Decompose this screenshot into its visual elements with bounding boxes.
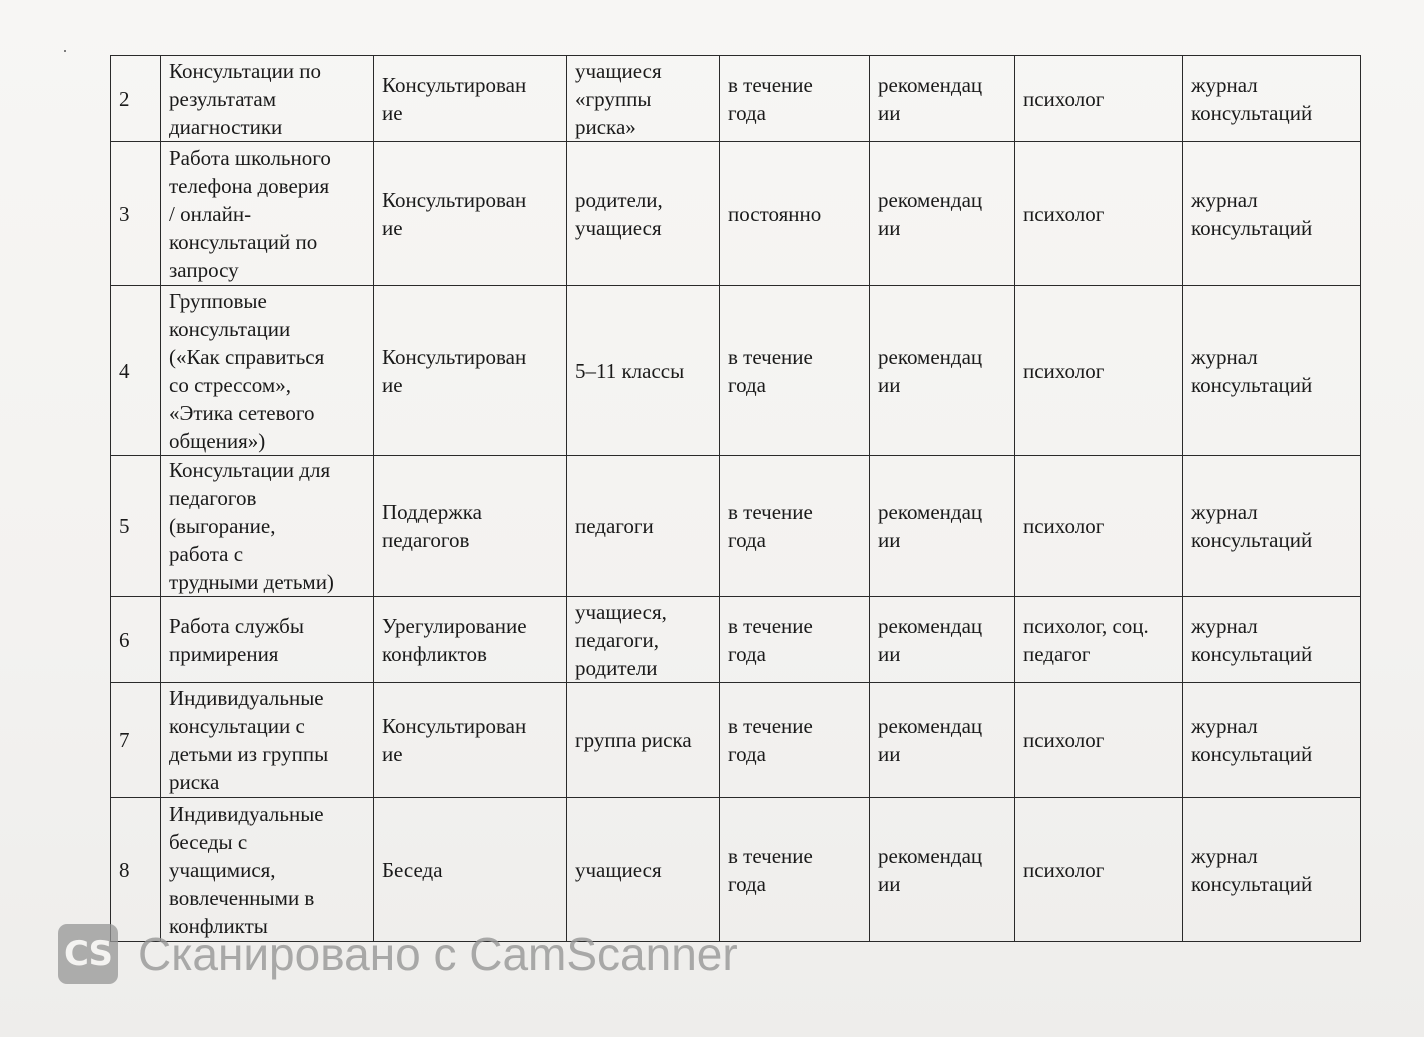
audience-cell: учащиеся, педагоги, родители bbox=[567, 597, 720, 683]
responsible-cell: психолог bbox=[1015, 456, 1183, 597]
audience-cell: группа риска bbox=[567, 683, 720, 798]
work-plan-table: 2 Консультации по результатам диагностик… bbox=[110, 55, 1361, 942]
timing-cell: в течение года bbox=[720, 683, 870, 798]
responsible-cell: психолог bbox=[1015, 286, 1183, 456]
timing-cell: в течение года bbox=[720, 456, 870, 597]
row-number: 3 bbox=[111, 142, 161, 286]
audience-cell: родители, учащиеся bbox=[567, 142, 720, 286]
responsible-cell: психолог, соц. педагог bbox=[1015, 597, 1183, 683]
row-number: 8 bbox=[111, 798, 161, 942]
scanned-page: 2 Консультации по результатам диагностик… bbox=[0, 0, 1424, 1037]
row-number: 7 bbox=[111, 683, 161, 798]
document-cell: журнал консультаций bbox=[1183, 56, 1361, 142]
responsible-cell: психолог bbox=[1015, 798, 1183, 942]
activity-cell: Групповые консультации («Как справиться … bbox=[161, 286, 374, 456]
table-row: 6 Работа службы примирения Урегулировани… bbox=[111, 597, 1361, 683]
table-row: 4 Групповые консультации («Как справитьс… bbox=[111, 286, 1361, 456]
document-cell: журнал консультаций bbox=[1183, 798, 1361, 942]
form-cell: Урегулирование конфликтов bbox=[374, 597, 567, 683]
row-number: 6 bbox=[111, 597, 161, 683]
document-cell: журнал консультаций bbox=[1183, 597, 1361, 683]
activity-cell: Индивидуальные беседы с учащимися, вовле… bbox=[161, 798, 374, 942]
activity-cell: Консультации для педагогов (выгорание, р… bbox=[161, 456, 374, 597]
document-cell: журнал консультаций bbox=[1183, 142, 1361, 286]
document-cell: журнал консультаций bbox=[1183, 286, 1361, 456]
form-cell: Консультирован ие bbox=[374, 286, 567, 456]
row-number: 5 bbox=[111, 456, 161, 597]
responsible-cell: психолог bbox=[1015, 56, 1183, 142]
responsible-cell: психолог bbox=[1015, 683, 1183, 798]
form-cell: Консультирован ие bbox=[374, 142, 567, 286]
audience-cell: 5–11 классы bbox=[567, 286, 720, 456]
scan-speck bbox=[64, 50, 66, 52]
document-cell: журнал консультаций bbox=[1183, 456, 1361, 597]
result-cell: рекомендац ии bbox=[870, 456, 1015, 597]
table-row: 3 Работа школьного телефона доверия / он… bbox=[111, 142, 1361, 286]
table-row: 7 Индивидуальные консультации с детьми и… bbox=[111, 683, 1361, 798]
camscanner-logo-icon: CS bbox=[58, 924, 118, 984]
result-cell: рекомендац ии bbox=[870, 597, 1015, 683]
table-row: 5 Консультации для педагогов (выгорание,… bbox=[111, 456, 1361, 597]
table-row: 8 Индивидуальные беседы с учащимися, вов… bbox=[111, 798, 1361, 942]
form-cell: Консультирован ие bbox=[374, 683, 567, 798]
responsible-cell: психолог bbox=[1015, 142, 1183, 286]
activity-cell: Индивидуальные консультации с детьми из … bbox=[161, 683, 374, 798]
camscanner-watermark: CS Сканировано с CamScanner bbox=[58, 924, 738, 984]
activity-cell: Консультации по результатам диагностики bbox=[161, 56, 374, 142]
result-cell: рекомендац ии bbox=[870, 798, 1015, 942]
watermark-text: Сканировано с CamScanner bbox=[138, 924, 738, 984]
form-cell: Консультирован ие bbox=[374, 56, 567, 142]
audience-cell: педагоги bbox=[567, 456, 720, 597]
audience-cell: учащиеся «группы риска» bbox=[567, 56, 720, 142]
activity-cell: Работа школьного телефона доверия / онла… bbox=[161, 142, 374, 286]
activity-cell: Работа службы примирения bbox=[161, 597, 374, 683]
result-cell: рекомендац ии bbox=[870, 683, 1015, 798]
timing-cell: постоянно bbox=[720, 142, 870, 286]
timing-cell: в течение года bbox=[720, 56, 870, 142]
result-cell: рекомендац ии bbox=[870, 56, 1015, 142]
form-cell: Поддержка педагогов bbox=[374, 456, 567, 597]
audience-cell: учащиеся bbox=[567, 798, 720, 942]
result-cell: рекомендац ии bbox=[870, 286, 1015, 456]
row-number: 2 bbox=[111, 56, 161, 142]
row-number: 4 bbox=[111, 286, 161, 456]
document-cell: журнал консультаций bbox=[1183, 683, 1361, 798]
timing-cell: в течение года bbox=[720, 286, 870, 456]
timing-cell: в течение года bbox=[720, 597, 870, 683]
result-cell: рекомендац ии bbox=[870, 142, 1015, 286]
timing-cell: в течение года bbox=[720, 798, 870, 942]
table-row: 2 Консультации по результатам диагностик… bbox=[111, 56, 1361, 142]
form-cell: Беседа bbox=[374, 798, 567, 942]
